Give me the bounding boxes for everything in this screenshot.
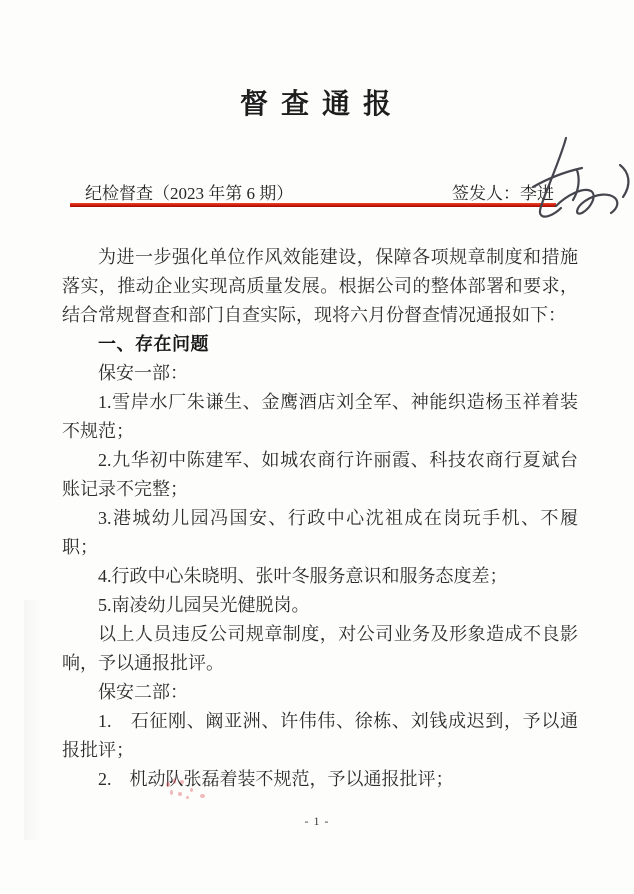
paragraph: 2. 机动队张磊着装不规范，予以通报批评； [62,765,578,794]
paragraph: 1. 石征刚、阚亚洲、许伟伟、徐栋、刘钱成迟到，予以通报批评； [62,707,578,765]
document-page: 督 查 通 报 纪检督查（2023 年第 6 期） 签发人：李进 为进一步强化单… [0,0,634,894]
paragraph: 4.行政中心朱晓明、张叶冬服务意识和服务态度差； [62,562,578,591]
paragraph: 1.雪岸水厂朱谦生、金鹰酒店刘全军、神能织造杨玉祥着装不规范； [62,388,578,446]
paragraph: 2.九华初中陈建军、如城农商行许丽霞、科技农商行夏斌台账记录不完整； [62,446,578,504]
paragraph: 3.港城幼儿园冯国安、行政中心沈祖成在岗玩手机、不履职； [62,504,578,562]
red-divider-line [70,203,556,207]
issue-info-row: 纪检督查（2023 年第 6 期） 签发人：李进 [70,179,556,201]
document-title: 督 查 通 报 [0,82,634,122]
issuer-name: 签发人：李进 [452,179,554,204]
section-heading: 一、存在问题 [62,330,578,359]
scan-smudge [24,600,42,840]
paragraph: 保安一部： [62,359,578,388]
issue-number: 纪检督查（2023 年第 6 期） [85,179,293,204]
document-body: 为进一步强化单位作风效能建设，保障各项规章制度和措施落实，推动企业实现高质量发展… [62,243,578,794]
paragraph: 保安二部： [62,678,578,707]
page-number: - 1 - [0,814,634,829]
paragraph: 为进一步强化单位作风效能建设，保障各项规章制度和措施落实，推动企业实现高质量发展… [62,243,578,330]
stamp-remnant [160,776,220,804]
paragraph: 5.南凌幼儿园吴光健脱岗。 [62,591,578,620]
paragraph: 以上人员违反公司规章制度，对公司业务及形象造成不良影响，予以通报批评。 [62,620,578,678]
